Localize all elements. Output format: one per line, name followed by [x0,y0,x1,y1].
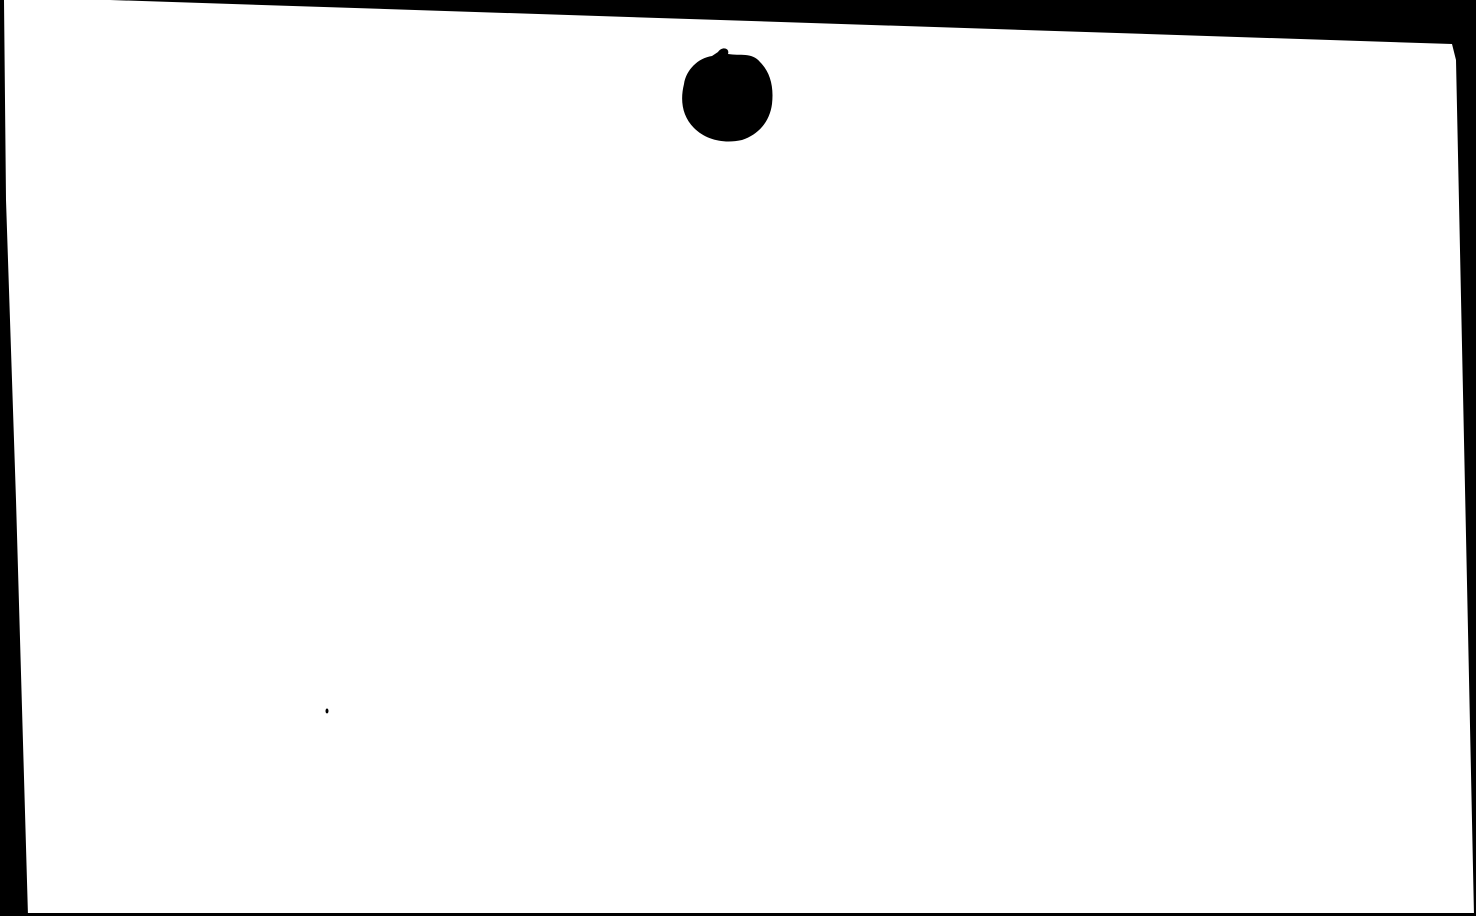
speck [326,709,329,714]
scan-canvas [0,0,1476,916]
